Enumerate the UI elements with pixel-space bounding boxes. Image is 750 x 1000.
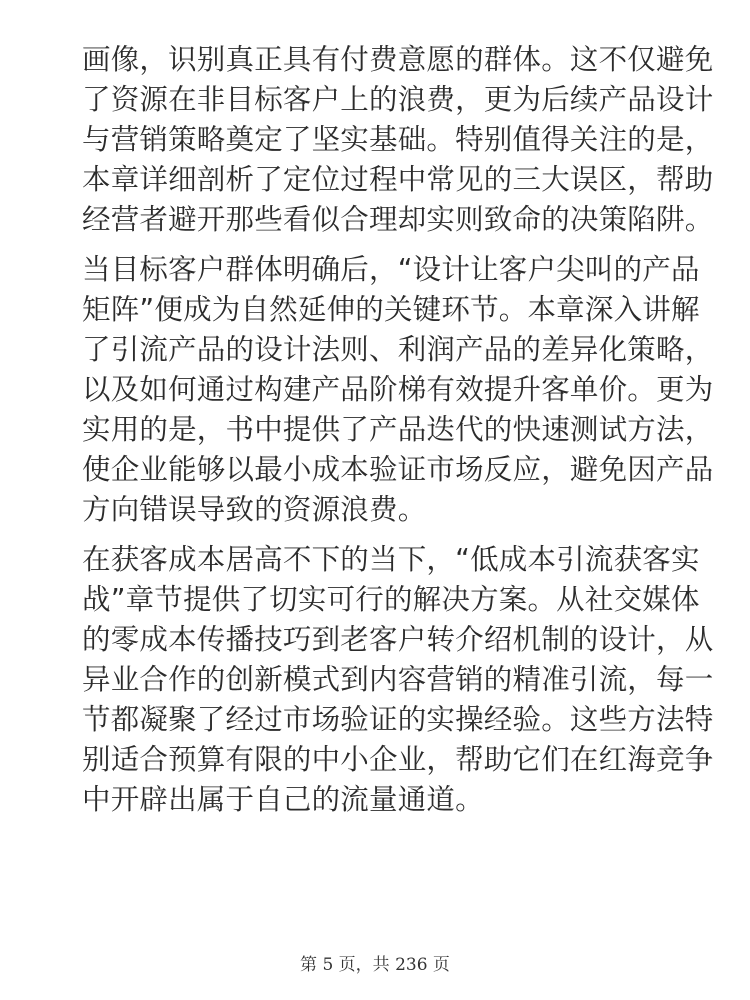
- text-line: 本章详细剖析了定位过程中常见的三大误区，帮助: [82, 160, 672, 200]
- text-line: 方向错误导致的资源浪费。: [82, 490, 672, 530]
- text-line: 画像，识别真正具有付费意愿的群体。这不仅避免: [82, 40, 672, 80]
- text-line: 了引流产品的设计法则、利润产品的差异化策略，: [82, 330, 672, 370]
- paragraph-3: 在获客成本居高不下的当下，“低成本引流获客实 战”章节提供了切实可行的解决方案。…: [82, 540, 672, 820]
- text-line: 异业合作的创新模式到内容营销的精准引流，每一: [82, 660, 672, 700]
- text-line: 别适合预算有限的中小企业，帮助它们在红海竞争: [82, 740, 672, 780]
- text-line: 中开辟出属于自己的流量通道。: [82, 780, 672, 820]
- text-line: 了资源在非目标客户上的浪费，更为后续产品设计: [82, 80, 672, 120]
- text-line: 与营销策略奠定了坚实基础。特别值得关注的是，: [82, 120, 672, 160]
- text-line: 使企业能够以最小成本验证市场反应，避免因产品: [82, 450, 672, 490]
- text-line: 节都凝聚了经过市场验证的实操经验。这些方法特: [82, 700, 672, 740]
- text-line: 实用的是，书中提供了产品迭代的快速测试方法，: [82, 410, 672, 450]
- text-line: 经营者避开那些看似合理却实则致命的决策陷阱。: [82, 200, 672, 240]
- paragraph-1: 画像，识别真正具有付费意愿的群体。这不仅避免 了资源在非目标客户上的浪费，更为后…: [82, 40, 672, 240]
- page-number-footer: 第 5 页，共 236 页: [0, 950, 750, 975]
- text-line: 当目标客户群体明确后，“设计让客户尖叫的产品: [82, 250, 672, 290]
- paragraph-2: 当目标客户群体明确后，“设计让客户尖叫的产品 矩阵”便成为自然延伸的关键环节。本…: [82, 250, 672, 530]
- text-line: 在获客成本居高不下的当下，“低成本引流获客实: [82, 540, 672, 580]
- document-page: 画像，识别真正具有付费意愿的群体。这不仅避免 了资源在非目标客户上的浪费，更为后…: [82, 40, 672, 830]
- text-line: 矩阵”便成为自然延伸的关键环节。本章深入讲解: [82, 290, 672, 330]
- text-line: 以及如何通过构建产品阶梯有效提升客单价。更为: [82, 370, 672, 410]
- text-line: 的零成本传播技巧到老客户转介绍机制的设计，从: [82, 620, 672, 660]
- text-line: 战”章节提供了切实可行的解决方案。从社交媒体: [82, 580, 672, 620]
